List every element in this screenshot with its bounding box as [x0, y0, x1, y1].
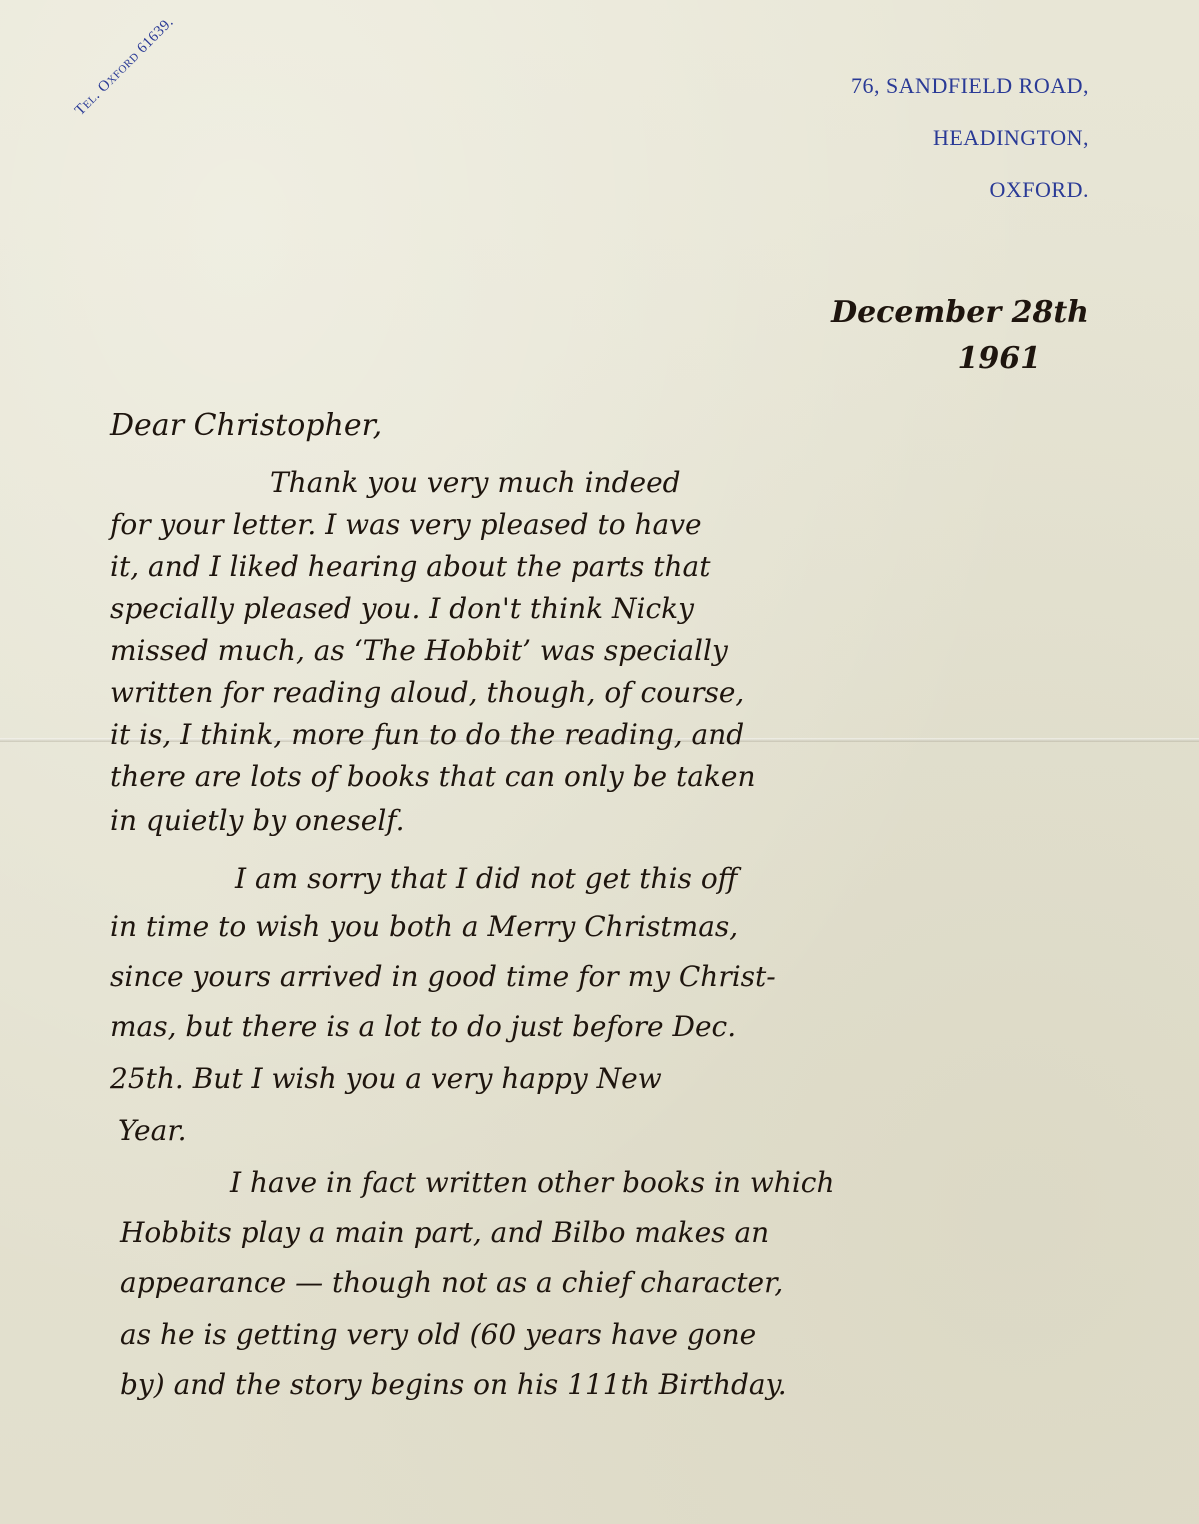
letter-date: December 28th 1961 [831, 290, 1089, 382]
body-line: Year. [118, 1114, 187, 1147]
date-day-month: December 28th [831, 295, 1089, 330]
telephone-number: 61639. [134, 14, 177, 57]
body-line: it, and I liked hearing about the parts … [110, 550, 710, 583]
telephone-exchange: Oxford [95, 48, 142, 95]
body-line: Thank you very much indeed [270, 466, 681, 499]
body-line: in time to wish you both a Merry Christm… [110, 910, 738, 943]
body-line: for your letter. I was very pleased to h… [110, 508, 702, 541]
address-street: 76, SANDFIELD ROAD, [851, 60, 1089, 112]
body-line: Hobbits play a main part, and Bilbo make… [120, 1216, 769, 1249]
body-line: I have in fact written other books in wh… [230, 1166, 835, 1199]
body-line: as he is getting very old (60 years have… [120, 1318, 756, 1351]
body-line: there are lots of books that can only be… [110, 760, 756, 793]
address-district: HEADINGTON, [851, 112, 1089, 164]
body-line: appearance — though not as a chief chara… [120, 1266, 783, 1299]
letterhead-address: 76, SANDFIELD ROAD, HEADINGTON, OXFORD. [851, 60, 1089, 216]
telephone-prefix: Tel. [72, 87, 103, 118]
body-line: mas, but there is a lot to do just befor… [110, 1010, 736, 1043]
body-line: written for reading aloud, though, of co… [110, 676, 744, 709]
letterhead-telephone: Tel. Oxford 61639. [72, 14, 178, 120]
body-line: by) and the story begins on his 111th Bi… [120, 1368, 787, 1401]
letter-page: Tel. Oxford 61639. 76, SANDFIELD ROAD, H… [0, 0, 1199, 1524]
body-line: missed much, as ‘The Hobbit’ was special… [110, 634, 728, 667]
body-line: I am sorry that I did not get this off [235, 862, 738, 895]
body-line: in quietly by oneself. [110, 804, 405, 837]
date-year: 1961 [831, 336, 1089, 382]
body-line: 25th. But I wish you a very happy New [110, 1062, 662, 1095]
body-line: specially pleased you. I don't think Nic… [110, 592, 694, 625]
address-city: OXFORD. [851, 164, 1089, 216]
salutation: Dear Christopher, [110, 408, 382, 443]
body-line: it is, I think, more fun to do the readi… [110, 718, 744, 751]
body-line: since yours arrived in good time for my … [110, 960, 776, 993]
